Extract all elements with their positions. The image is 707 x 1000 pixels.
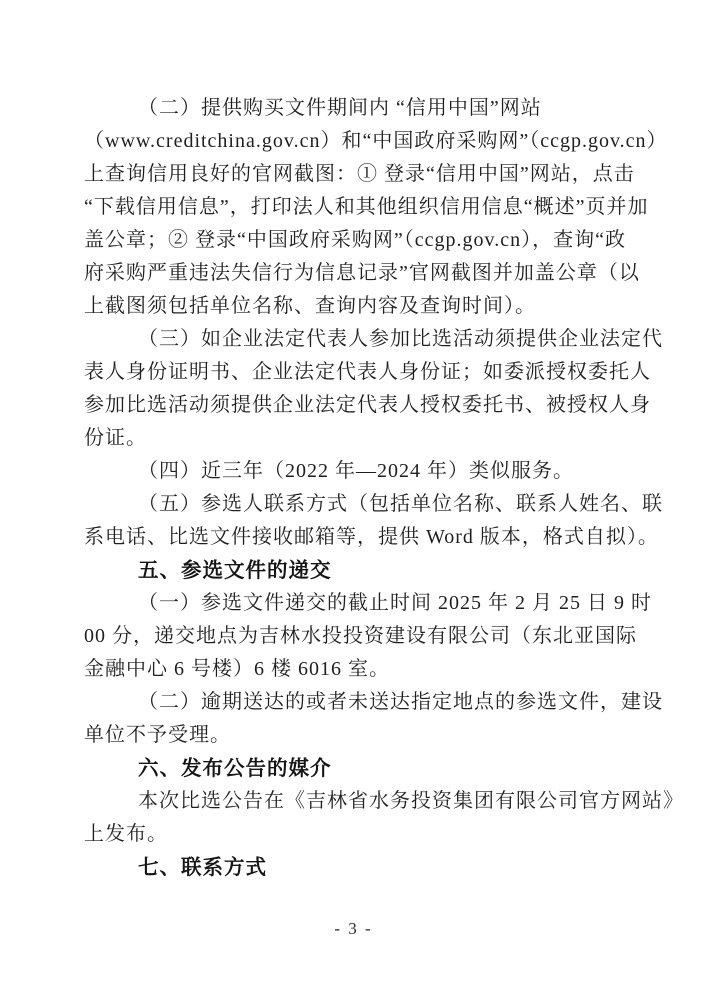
text-line: （二）逾期送达的或者未送达指定地点的参选文件，建设 bbox=[84, 686, 636, 719]
section-5-heading: 五、参选文件的递交 bbox=[84, 554, 636, 587]
section-heading: 七、联系方式 bbox=[84, 851, 636, 884]
section-heading: 五、参选文件的递交 bbox=[84, 554, 636, 587]
text-line: “下载信用信息”，打印法人和其他组织信用信息“概述”页并加 bbox=[84, 191, 636, 224]
text-line: 系电话、比选文件接收邮箱等，提供 Word 版本，格式自拟）。 bbox=[84, 521, 636, 554]
text-line: （四）近三年（2022 年—2024 年）类似服务。 bbox=[84, 455, 636, 488]
text-line: 上查询信用良好的官网截图：① 登录“信用中国”网站，点击 bbox=[84, 158, 636, 191]
text-line: 00 分，递交地点为吉林水投投资建设有限公司（东北亚国际 bbox=[84, 620, 636, 653]
document-body: （二）提供购买文件期间内 “信用中国”网站 （www.creditchina.g… bbox=[84, 92, 636, 884]
para-section-5-item-2-late-delivery: （二）逾期送达的或者未送达指定地点的参选文件，建设 单位不予受理。 bbox=[84, 686, 636, 752]
text-line: 表人身份证明书、企业法定代表人身份证；如委派授权委托人 bbox=[84, 356, 636, 389]
para-item-2-credit-check: （二）提供购买文件期间内 “信用中国”网站 （www.creditchina.g… bbox=[84, 92, 636, 323]
text-line: 盖公章；② 登录“中国政府采购网”（ccgp.gov.cn），查询“政 bbox=[84, 224, 636, 257]
section-6-heading: 六、发布公告的媒介 bbox=[84, 752, 636, 785]
para-item-5-contact-format: （五）参选人联系方式（包括单位名称、联系人姓名、联 系电话、比选文件接收邮箱等，… bbox=[84, 488, 636, 554]
text-line: 府采购严重违法失信行为信息记录”官网截图并加盖公章（以 bbox=[84, 257, 636, 290]
section-heading: 六、发布公告的媒介 bbox=[84, 752, 636, 785]
text-line: 单位不予受理。 bbox=[84, 719, 636, 752]
text-line: 上截图须包括单位名称、查询内容及查询时间）。 bbox=[84, 290, 636, 323]
text-line: 本次比选公告在《吉林省水务投资集团有限公司官方网站》 bbox=[84, 785, 636, 818]
para-item-3-legal-representative: （三）如企业法定代表人参加比选活动须提供企业法定代 表人身份证明书、企业法定代表… bbox=[84, 323, 636, 455]
text-line: 金融中心 6 号楼）6 楼 6016 室。 bbox=[84, 653, 636, 686]
text-line: 份证。 bbox=[84, 422, 636, 455]
para-section-5-item-1-deadline: （一）参选文件递交的截止时间 2025 年 2 月 25 日 9 时 00 分，… bbox=[84, 587, 636, 686]
text-line: （三）如企业法定代表人参加比选活动须提供企业法定代 bbox=[84, 323, 636, 356]
scanned-document-page: （二）提供购买文件期间内 “信用中国”网站 （www.creditchina.g… bbox=[0, 0, 707, 1000]
text-line: 上发布。 bbox=[84, 818, 636, 851]
para-section-6-publication: 本次比选公告在《吉林省水务投资集团有限公司官方网站》 上发布。 bbox=[84, 785, 636, 851]
page-number: - 3 - bbox=[0, 919, 707, 939]
text-line: 参加比选活动须提供企业法定代表人授权委托书、被授权人身 bbox=[84, 389, 636, 422]
text-line: （二）提供购买文件期间内 “信用中国”网站 bbox=[84, 92, 636, 125]
text-line: （www.creditchina.gov.cn）和“中国政府采购网”（ccgp.… bbox=[84, 125, 636, 158]
text-line: （五）参选人联系方式（包括单位名称、联系人姓名、联 bbox=[84, 488, 636, 521]
text-line: （一）参选文件递交的截止时间 2025 年 2 月 25 日 9 时 bbox=[84, 587, 636, 620]
para-item-4-similar-services: （四）近三年（2022 年—2024 年）类似服务。 bbox=[84, 455, 636, 488]
section-7-heading: 七、联系方式 bbox=[84, 851, 636, 884]
